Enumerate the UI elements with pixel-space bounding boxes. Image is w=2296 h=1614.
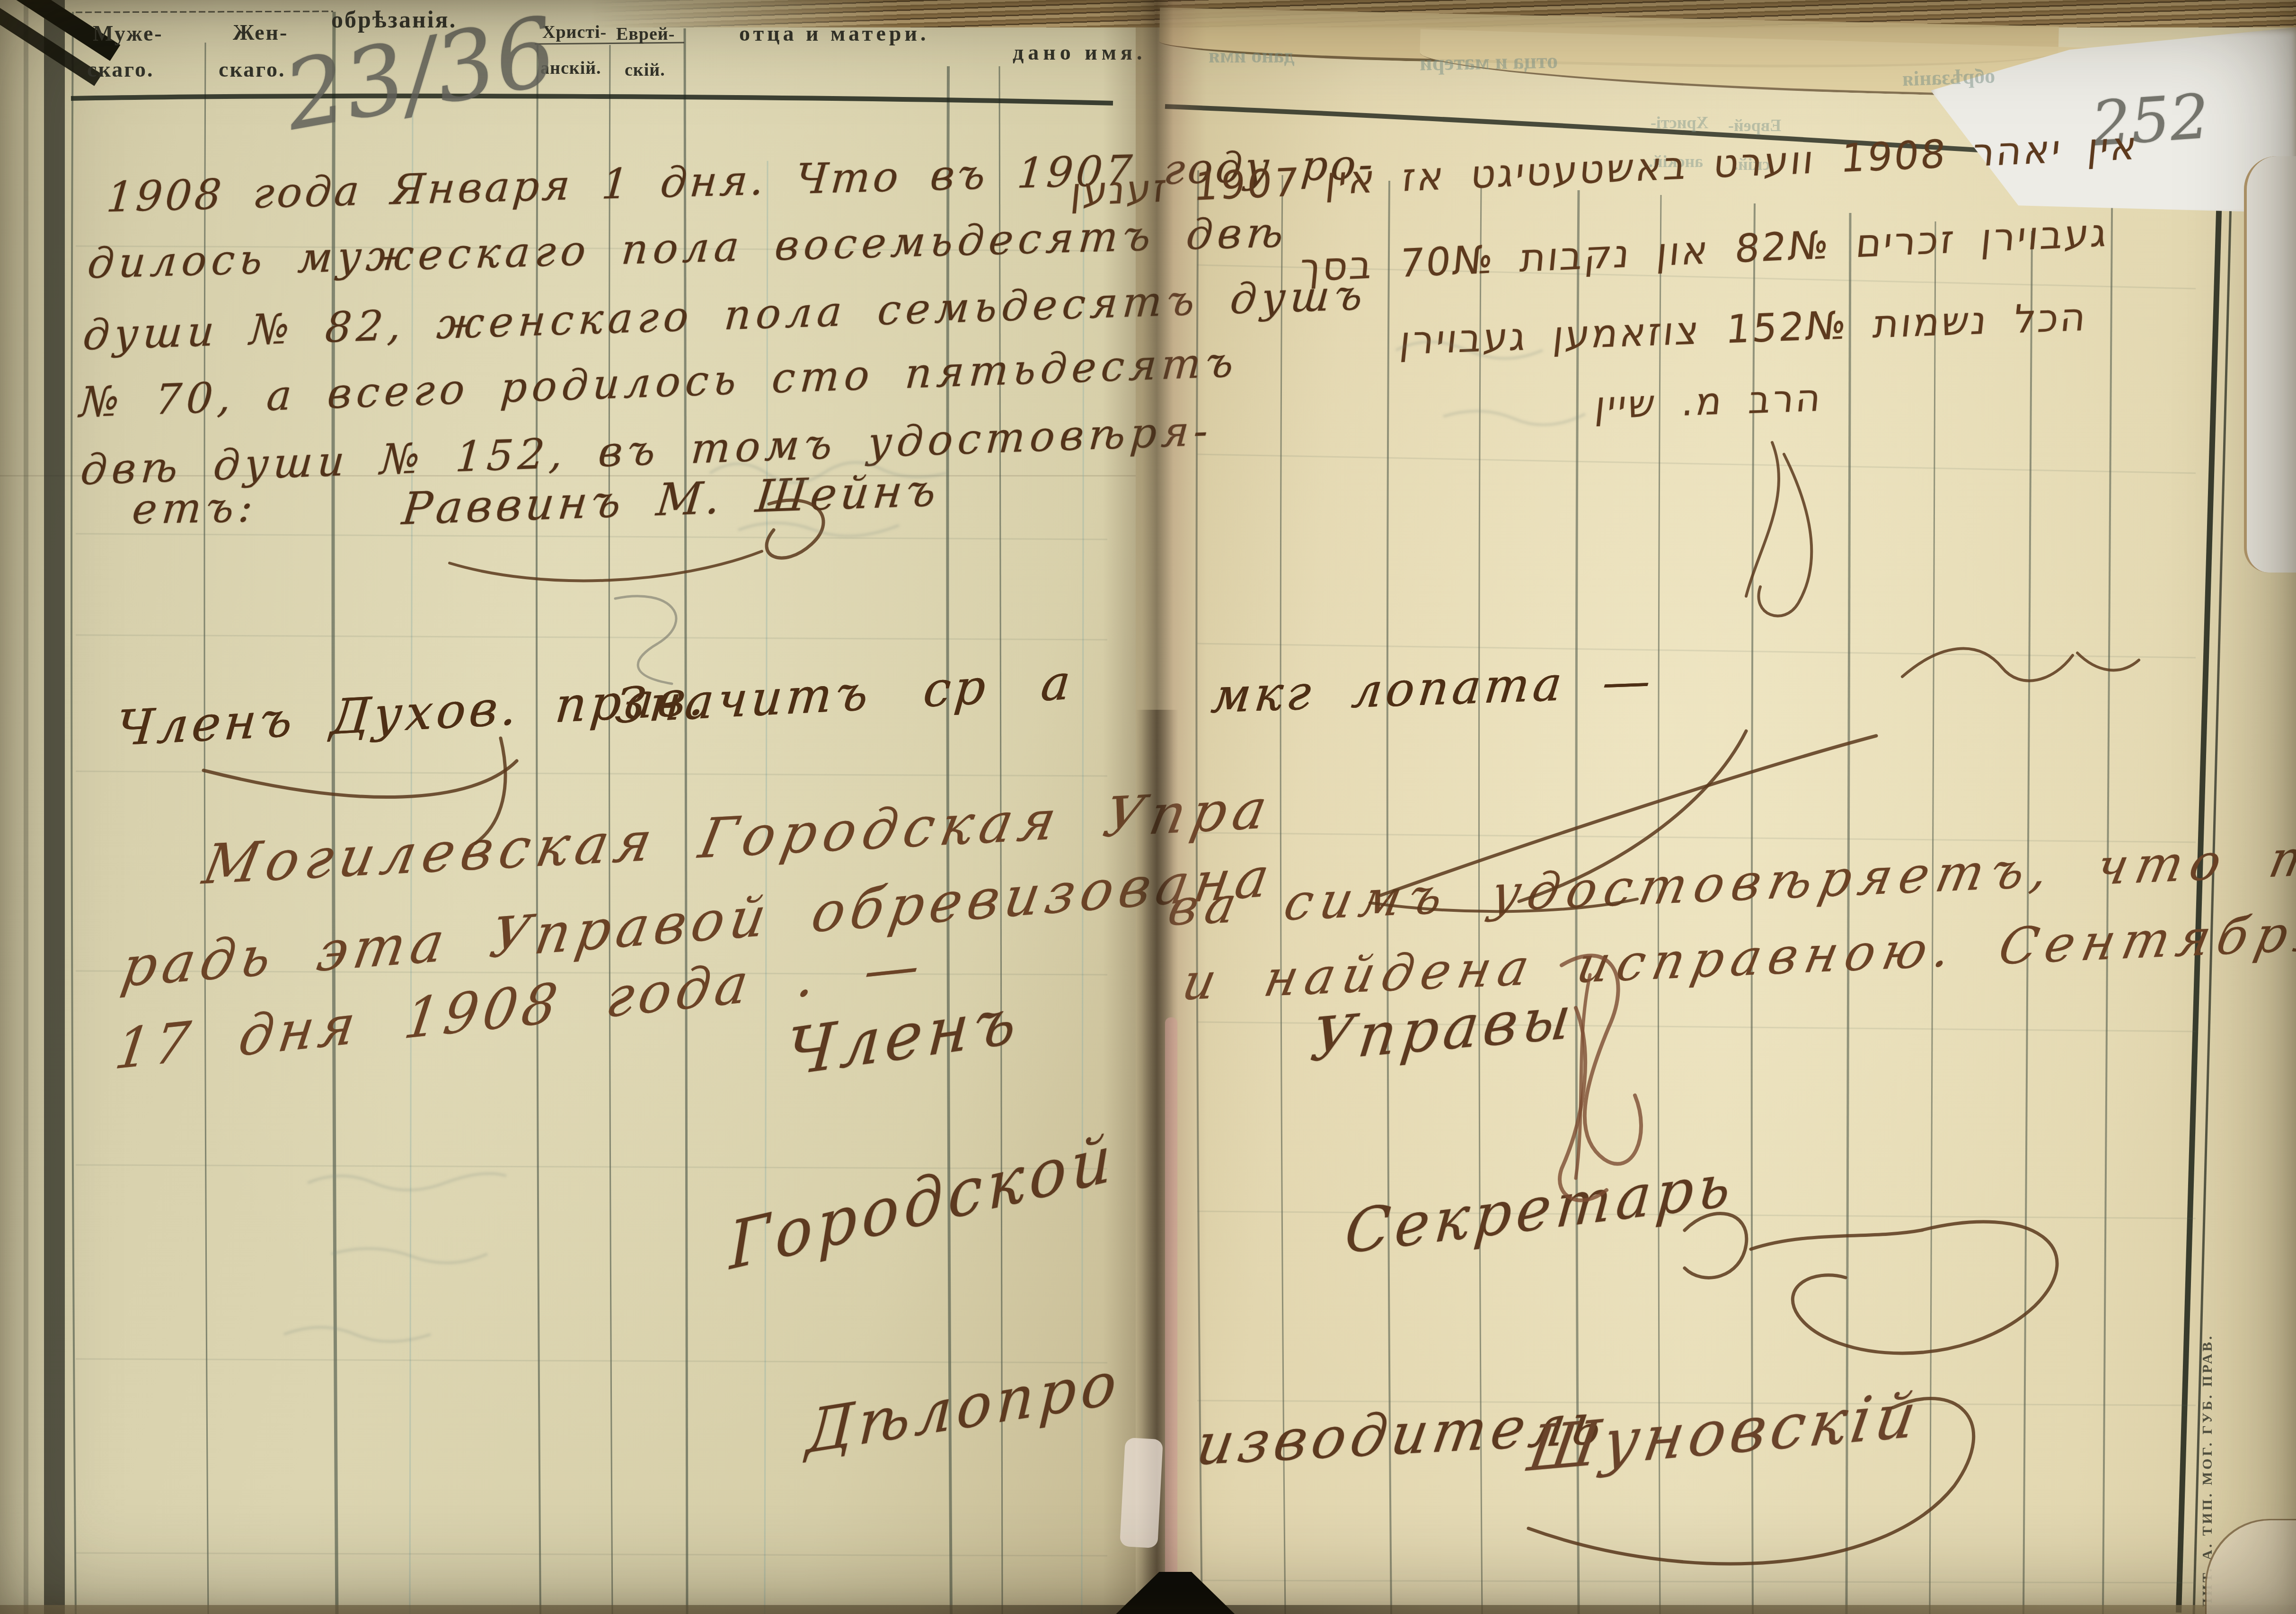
- uprava-signature: [1560, 955, 1641, 1200]
- right-cross-flourish: [1381, 736, 1876, 895]
- clerk-signature-flourish: [1528, 1398, 1974, 1563]
- hebrew-signature-squiggle: [1902, 649, 2139, 681]
- gutter-pink-edge: [1165, 1017, 1177, 1585]
- secretary-signature: [1685, 1213, 2057, 1353]
- hebrew-flourish: [1746, 442, 1811, 616]
- gutter-tape-patch: [1120, 1438, 1163, 1548]
- metrical-book-scan: Муже- скаго. Жен- скаго. обрѣзанія. Хрис…: [0, 0, 2296, 1614]
- member-underline: [203, 761, 517, 797]
- pencil-flourish: [615, 596, 676, 684]
